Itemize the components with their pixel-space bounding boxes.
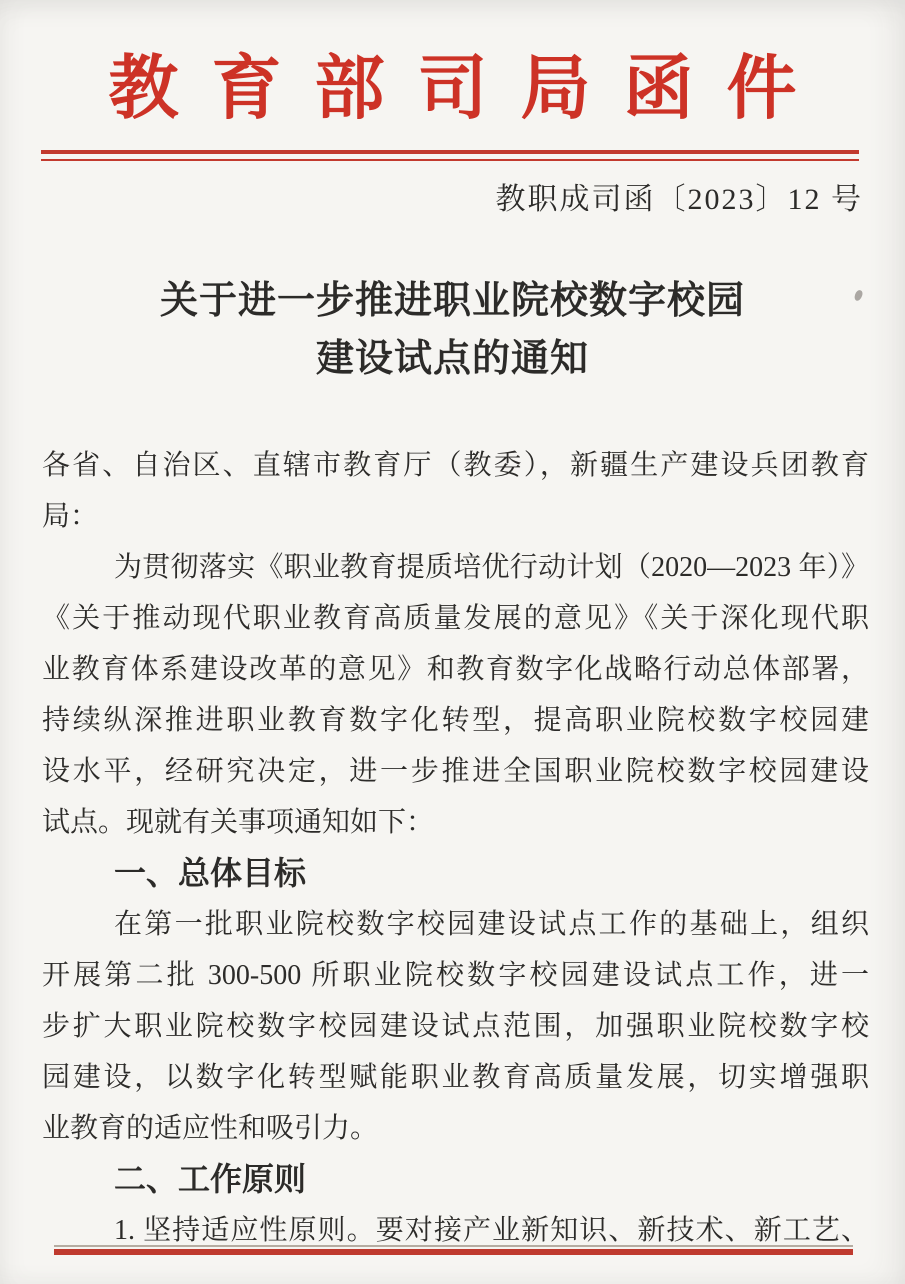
document-body: 各省、自治区、直辖市教育厅（教委），新疆生产建设兵团教育 局： 为贯彻落实《职业… (42, 440, 869, 1256)
letterhead-divider (41, 150, 859, 161)
document-title: 关于进一步推进职业院校数字校园 建设试点的通知 (0, 272, 905, 388)
body-line: 试点。现就有关事项通知如下： (42, 797, 869, 848)
document-number: 教职成司函〔2023〕12 号 (496, 180, 864, 220)
document-title-line2: 建设试点的通知 (0, 330, 905, 388)
letterhead-agency-title: 教育部司局函件 (0, 44, 905, 136)
body-line: 《关于推动现代职业教育高质量发展的意见》《关于深化现代职 (42, 593, 869, 644)
page-bottom-divider-thin (54, 1245, 853, 1247)
section-heading-2: 二、工作原则 (42, 1154, 869, 1205)
body-line: 业教育的适应性和吸引力。 (42, 1103, 869, 1154)
body-line: 设水平，经研究决定，进一步推进全国职业院校数字校园建设 (42, 746, 869, 797)
body-line: 开展第二批 300-500 所职业院校数字校园建设试点工作，进一 (42, 950, 869, 1001)
body-line: 为贯彻落实《职业教育提质培优行动计划（2020—2023 年）》 (42, 542, 869, 593)
scanned-document-page: 教育部司局函件 教职成司函〔2023〕12 号 关于进一步推进职业院校数字校园 … (0, 0, 905, 1284)
body-line: 持续纵深推进职业教育数字化转型，提高职业院校数字校园建 (42, 695, 869, 746)
section-heading-1: 一、总体目标 (42, 848, 869, 899)
body-line-recipient: 各省、自治区、直辖市教育厅（教委），新疆生产建设兵团教育 (42, 440, 869, 491)
page-bottom-divider-red (54, 1249, 853, 1255)
body-line: 业教育体系建设改革的意见》和教育数字化战略行动总体部署， (42, 644, 869, 695)
body-line-recipient-2: 局： (42, 491, 869, 542)
body-line: 园建设，以数字化转型赋能职业教育高质量发展，切实增强职 (42, 1052, 869, 1103)
body-line: 步扩大职业院校数字校园建设试点范围，加强职业院校数字校 (42, 1001, 869, 1052)
body-line: 在第一批职业院校数字校园建设试点工作的基础上，组织 (42, 899, 869, 950)
document-title-line1: 关于进一步推进职业院校数字校园 (0, 272, 905, 330)
